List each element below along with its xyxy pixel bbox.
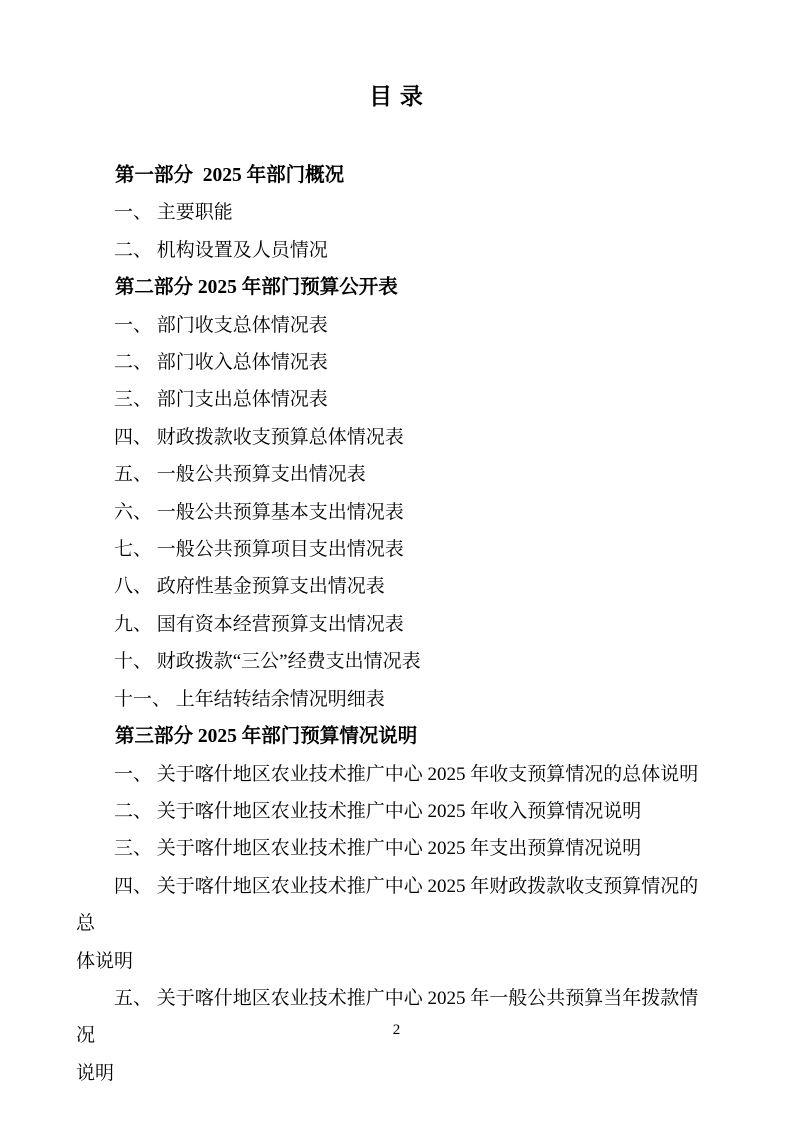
page-title: 目 录 xyxy=(76,80,717,114)
toc-item: 一、 关于喀什地区农业技术推广中心 2025 年收支预算情况的总体说明 xyxy=(76,756,717,793)
toc-section-heading: 第三部分 2025 年部门预算情况说明 xyxy=(76,718,717,755)
page-number: 2 xyxy=(0,1021,793,1039)
page-content: 目 录 第一部分 2025 年部门概况一、 主要职能二、 机构设置及人员情况第二… xyxy=(0,80,793,1092)
toc-item: 二、 机构设置及人员情况 xyxy=(76,232,717,269)
toc-item: 一、 主要职能 xyxy=(76,194,717,231)
toc-item: 二、 部门收入总体情况表 xyxy=(76,344,717,381)
toc-item: 三、 部门支出总体情况表 xyxy=(76,381,717,418)
toc-item: 五、 一般公共预算支出情况表 xyxy=(76,456,717,493)
toc-section-heading: 第二部分 2025 年部门预算公开表 xyxy=(76,269,717,306)
toc-section-heading: 第一部分 2025 年部门概况 xyxy=(76,157,717,194)
toc-item: 二、 关于喀什地区农业技术推广中心 2025 年收入预算情况说明 xyxy=(76,793,717,830)
toc-item: 十、 财政拨款“三公”经费支出情况表 xyxy=(76,643,717,680)
toc-item: 一、 部门收支总体情况表 xyxy=(76,307,717,344)
toc-item: 四、 财政拨款收支预算总体情况表 xyxy=(76,419,717,456)
document-page: 目 录 第一部分 2025 年部门概况一、 主要职能二、 机构设置及人员情况第二… xyxy=(0,0,793,1122)
toc-item: 十一、 上年结转结余情况明细表 xyxy=(76,681,717,718)
toc-item: 七、 一般公共预算项目支出情况表 xyxy=(76,531,717,568)
toc-item: 四、 关于喀什地区农业技术推广中心 2025 年财政拨款收支预算情况的总 体说明 xyxy=(76,868,717,980)
toc-item: 三、 关于喀什地区农业技术推广中心 2025 年支出预算情况说明 xyxy=(76,830,717,867)
toc-item: 六、 一般公共预算基本支出情况表 xyxy=(76,494,717,531)
toc-item: 九、 国有资本经营预算支出情况表 xyxy=(76,606,717,643)
toc-item: 八、 政府性基金预算支出情况表 xyxy=(76,568,717,605)
table-of-contents: 第一部分 2025 年部门概况一、 主要职能二、 机构设置及人员情况第二部分 2… xyxy=(76,157,717,1092)
